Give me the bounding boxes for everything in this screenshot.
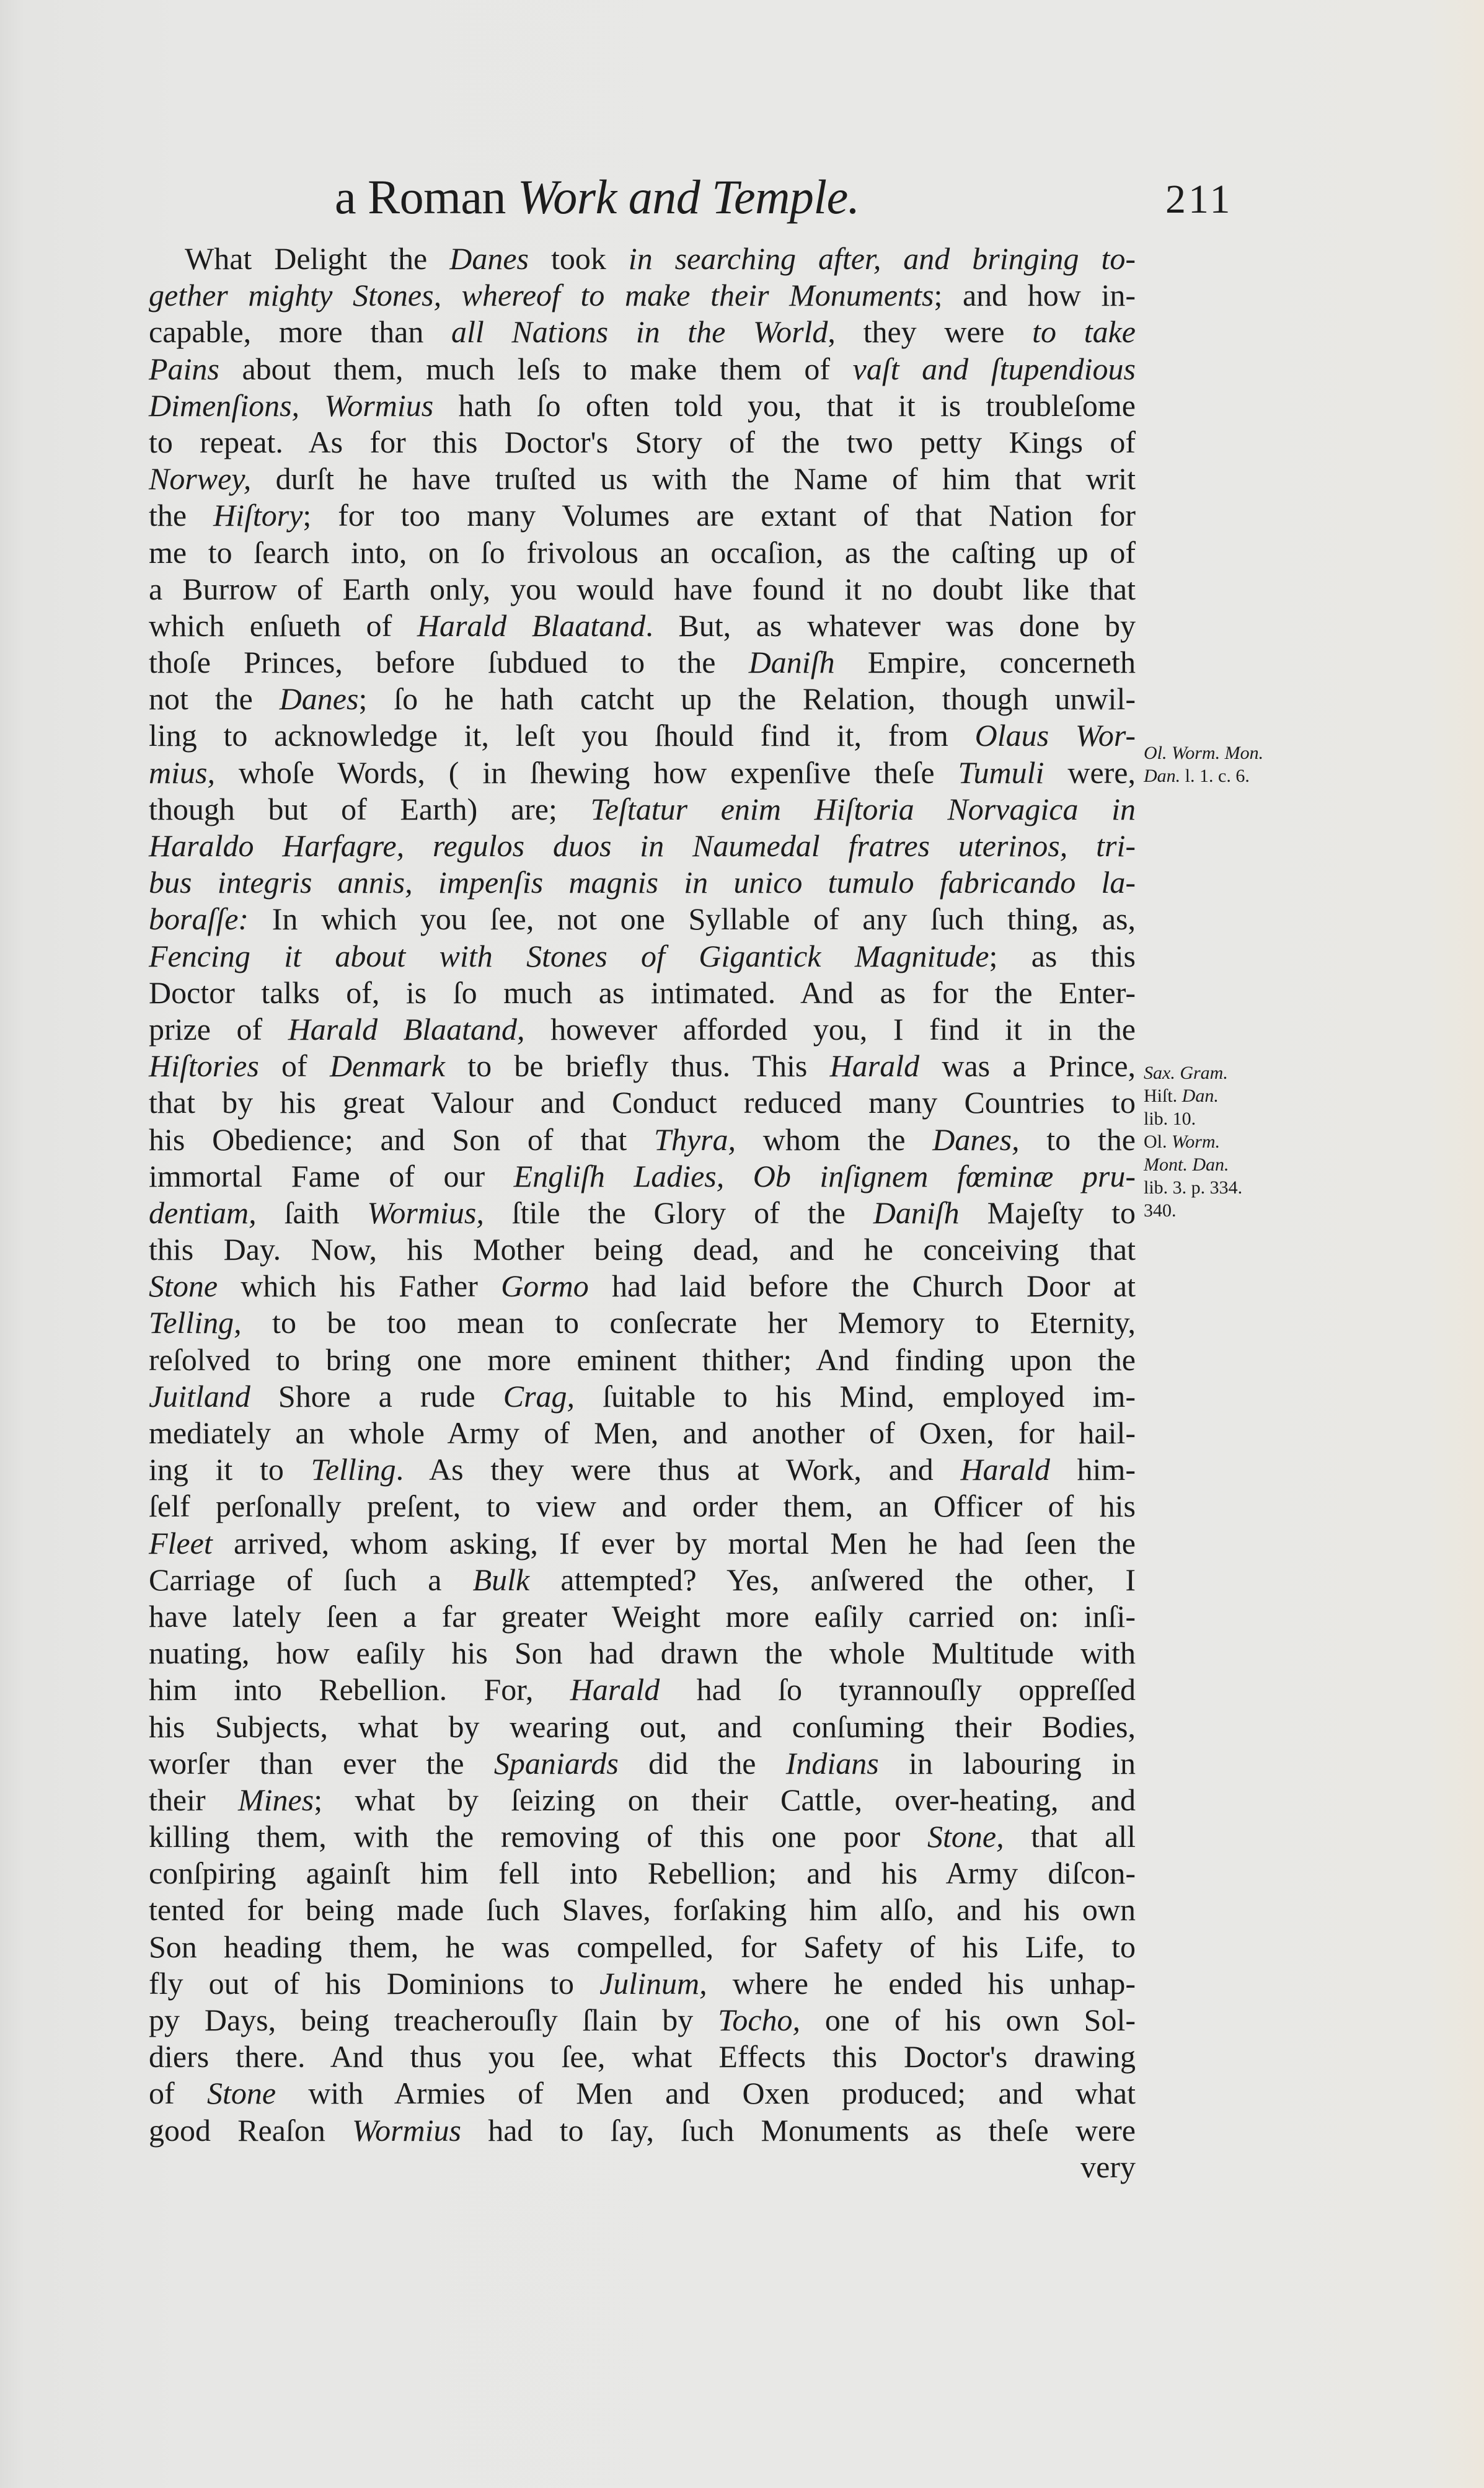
text-line: me to ſearch into, on ſo frivolous an oc… xyxy=(149,534,1136,571)
text-line: Dimenſions, Wormius hath ſo often told y… xyxy=(149,387,1136,424)
text-line: ing it to Telling. As they were thus at … xyxy=(149,1451,1136,1488)
margin-note-line: 340. xyxy=(1144,1199,1242,1222)
text-line: a Burrow of Earth only, you would have f… xyxy=(149,571,1136,608)
page-number: 211 xyxy=(1165,169,1233,231)
text-line: gether mighty Stones, whereof to make th… xyxy=(149,277,1136,314)
text-line: bus integris annis, impenſis magnis in u… xyxy=(149,864,1136,901)
text-line: Hiſtories of Denmark to be briefly thus.… xyxy=(149,1048,1136,1084)
text-line: nuating, how eaſily his Son had drawn th… xyxy=(149,1635,1136,1671)
margin-note-line: Dan. l. 1. c. 6. xyxy=(1144,764,1263,787)
text-line: killing them, with the removing of this … xyxy=(149,1818,1136,1855)
text-line: though but of Earth) are; Teſtatur enim … xyxy=(149,791,1136,828)
margin-note-line: Mont. Dan. xyxy=(1144,1153,1242,1176)
margin-note-line: Ol. Worm. Mon. xyxy=(1144,742,1263,764)
text-line: prize of Harald Blaatand, however afford… xyxy=(149,1011,1136,1048)
text-line: diers there. And thus you ſee, what Effe… xyxy=(149,2039,1136,2075)
text-line: capable, more than all Nations in the Wo… xyxy=(149,314,1136,350)
text-line: good Reaſon Wormius had to ſay, ſuch Mon… xyxy=(149,2112,1136,2149)
text-line: him into Rebellion. For, Harald had ſo t… xyxy=(149,1671,1136,1708)
text-line: mius, whoſe Words, ( in ſhewing how expe… xyxy=(149,755,1136,791)
text-line: this Day. Now, his Mother being dead, an… xyxy=(149,1231,1136,1268)
text-line: Doctor talks of, is ſo much as intimated… xyxy=(149,975,1136,1011)
text-line: Fencing it about with Stones of Gigantic… xyxy=(149,938,1136,975)
text-line: to repeat. As for this Doctor's Story of… xyxy=(149,424,1136,461)
text-line: mediately an whole Army of Men, and anot… xyxy=(149,1415,1136,1451)
margin-note-line: Hiſt. Dan. xyxy=(1144,1084,1242,1107)
catchword: very xyxy=(149,2149,1136,2185)
text-line: boraſſe: In which you ſee, not one Sylla… xyxy=(149,901,1136,937)
margin-note: Sax. Gram.Hiſt. Dan.lib. 10.Ol. Worm.Mon… xyxy=(1144,1061,1242,1222)
text-line: Stone which his Father Gormo had laid be… xyxy=(149,1268,1136,1304)
text-line: Carriage of ſuch a Bulk attempted? Yes, … xyxy=(149,1562,1136,1598)
running-title-roman: a Roman xyxy=(335,170,518,224)
text-line: Fleet arrived, whom asking, If ever by m… xyxy=(149,1525,1136,1562)
text-line: of Stone with Armies of Men and Oxen pro… xyxy=(149,2075,1136,2112)
text-line: Pains about them, much leſs to make them… xyxy=(149,351,1136,387)
text-line: immortal Fame of our Engliſh Ladies, Ob … xyxy=(149,1158,1136,1195)
text-line: that by his great Valour and Conduct red… xyxy=(149,1084,1136,1121)
text-line: Juitland Shore a rude Crag, ſuitable to … xyxy=(149,1378,1136,1415)
margin-note: Ol. Worm. Mon.Dan. l. 1. c. 6. xyxy=(1144,742,1263,787)
margin-note-line: lib. 3. p. 334. xyxy=(1144,1176,1242,1199)
text-line: have lately ſeen a far greater Weight mo… xyxy=(149,1598,1136,1635)
text-line: not the Danes; ſo he hath catcht up the … xyxy=(149,681,1136,717)
text-line: dentiam, ſaith Wormius, ſtile the Glory … xyxy=(149,1195,1136,1231)
text-line: his Obedience; and Son of that Thyra, wh… xyxy=(149,1122,1136,1158)
text-line: fly out of his Dominions to Julinum, whe… xyxy=(149,1965,1136,2002)
running-head: a Roman Work and Temple. 211 xyxy=(335,166,1252,228)
text-line: ſelf perſonally preſent, to view and ord… xyxy=(149,1488,1136,1525)
text-line: the Hiſtory; for too many Volumes are ex… xyxy=(149,497,1136,534)
text-line: py Days, being treacherouſly ſlain by To… xyxy=(149,2002,1136,2039)
text-line: his Subjects, what by wearing out, and c… xyxy=(149,1709,1136,1745)
margin-note-line: lib. 10. xyxy=(1144,1107,1242,1130)
running-title-italic: Work and Temple. xyxy=(518,170,860,224)
text-line: conſpiring againſt him fell into Rebelli… xyxy=(149,1855,1136,1892)
text-line: ling to acknowledge it, leſt you ſhould … xyxy=(149,717,1136,754)
text-line: which enſueth of Harald Blaatand. But, a… xyxy=(149,608,1136,644)
book-page: a Roman Work and Temple. 211 What Deligh… xyxy=(0,0,1484,2488)
text-line: Haraldo Harfagre, regulos duos in Naumed… xyxy=(149,828,1136,864)
text-line: tented for being made ſuch Slaves, forſa… xyxy=(149,1892,1136,1928)
text-line: worſer than ever the Spaniards did the I… xyxy=(149,1745,1136,1782)
text-line: thoſe Princes, before ſubdued to the Dan… xyxy=(149,644,1136,681)
margin-note-line: Sax. Gram. xyxy=(1144,1061,1242,1084)
body-text: What Delight the Danes took in searching… xyxy=(149,241,1136,2185)
text-line: reſolved to bring one more eminent thith… xyxy=(149,1342,1136,1378)
text-line: Son heading them, he was compelled, for … xyxy=(149,1929,1136,1965)
text-line: Telling, to be too mean to conſecrate he… xyxy=(149,1304,1136,1341)
text-line: What Delight the Danes took in searching… xyxy=(149,241,1136,277)
text-line: Norwey, durſt he have truſted us with th… xyxy=(149,461,1136,497)
running-title: a Roman Work and Temple. xyxy=(335,166,860,228)
text-line: their Mines; what by ſeizing on their Ca… xyxy=(149,1782,1136,1818)
margin-note-line: Ol. Worm. xyxy=(1144,1130,1242,1153)
